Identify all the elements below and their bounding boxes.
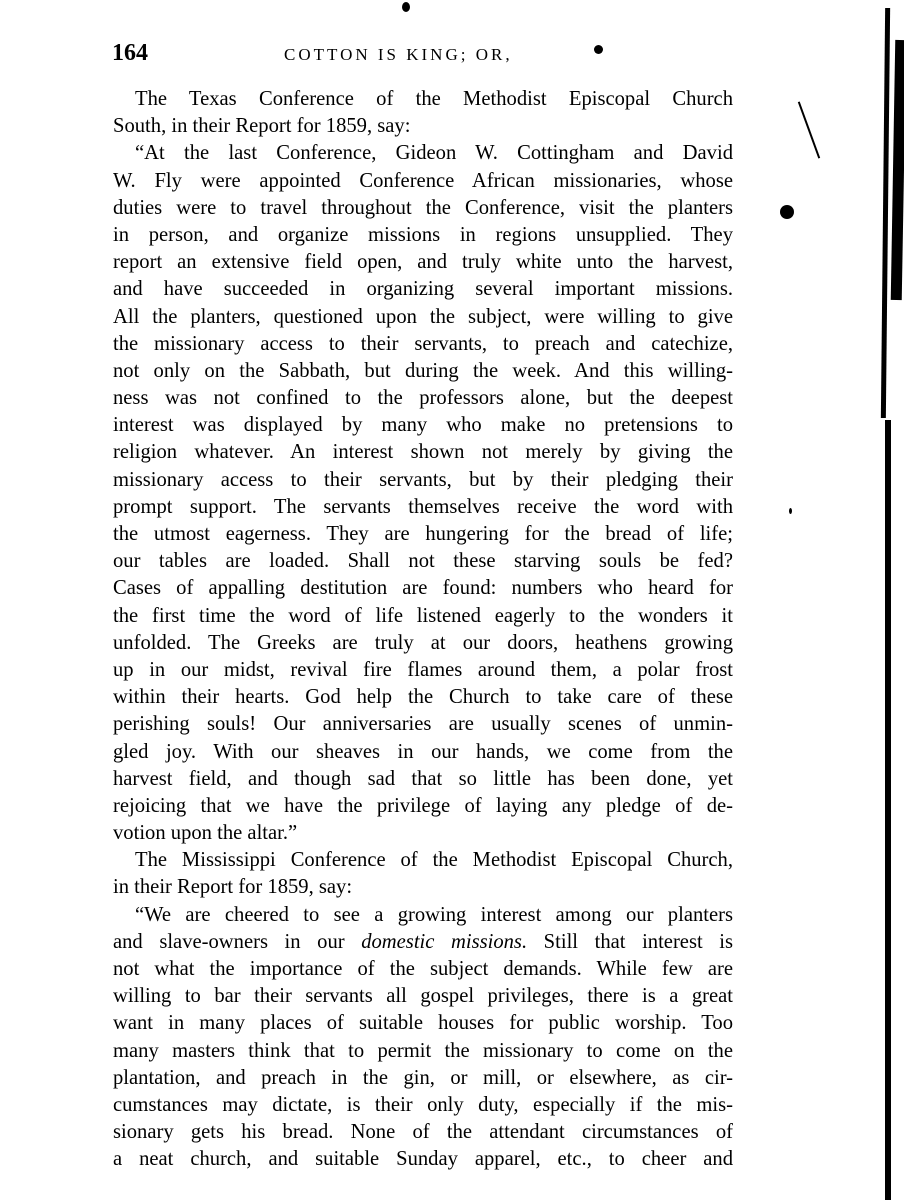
text-line: cumstances may dictate, is their only du… [113, 1092, 733, 1119]
text-line: duties were to travel throughout the Con… [113, 195, 733, 222]
text-line: unfolded. The Greeks are truly at our do… [113, 630, 733, 657]
text-line: plantation, and preach in the gin, or mi… [113, 1065, 733, 1092]
text-line: sionary gets his bread. None of the atte… [113, 1119, 733, 1146]
text-line: interest was displayed by many who make … [113, 412, 733, 439]
text-line: harvest field, and though sad that so li… [113, 766, 733, 793]
text-line: religion whatever. An interest shown not… [113, 439, 733, 466]
text-line: and have succeeded in organizing several… [113, 276, 733, 303]
text-line: the utmost eagerness. They are hungering… [113, 521, 733, 548]
running-title: COTTON IS KING; OR, [284, 45, 513, 65]
text-line: up in our midst, revival fire flames aro… [113, 657, 733, 684]
text-line: and slave-owners in our domestic mission… [113, 929, 733, 956]
ink-blot [780, 205, 794, 219]
text-line: report an extensive field open, and trul… [113, 249, 733, 276]
text-line: Cases of appalling destitution are found… [113, 575, 733, 602]
scan-edge-artifact [885, 420, 891, 1200]
text-line: our tables are loaded. Shall not these s… [113, 548, 733, 575]
text-line: rejoicing that we have the privilege of … [113, 793, 733, 820]
ink-blot [789, 508, 792, 514]
scan-edge-artifact [881, 8, 890, 418]
ink-blot [594, 45, 603, 54]
text-line: missionary access to their servants, but… [113, 467, 733, 494]
scan-edge-artifact [798, 101, 820, 158]
text-line: the missionary access to their servants,… [113, 331, 733, 358]
text-line: perishing souls! Our anniversaries are u… [113, 711, 733, 738]
text-line: South, in their Report for 1859, say: [113, 113, 733, 140]
text-line: The Texas Conference of the Methodist Ep… [113, 86, 733, 113]
text-line: within their hearts. God help the Church… [113, 684, 733, 711]
text-line: in person, and organize missions in regi… [113, 222, 733, 249]
text-line: prompt support. The servants themselves … [113, 494, 733, 521]
page-header: 164 COTTON IS KING; OR, [112, 40, 672, 70]
scan-edge-artifact [891, 40, 904, 300]
page-number: 164 [112, 40, 148, 67]
text-line: The Mississippi Conference of the Method… [113, 847, 733, 874]
text-line: ness was not confined to the professors … [113, 385, 733, 412]
text-line: willing to bar their servants all gospel… [113, 983, 733, 1010]
text-line: votion upon the altar.” [113, 820, 733, 847]
text-line: All the planters, questioned upon the su… [113, 304, 733, 331]
body-text: The Texas Conference of the Methodist Ep… [113, 86, 733, 1174]
text-line: a neat church, and suitable Sunday appar… [113, 1146, 733, 1173]
text-line: many masters think that to permit the mi… [113, 1038, 733, 1065]
text-line: W. Fly were appointed Conference African… [113, 168, 733, 195]
text-line: not only on the Sabbath, but during the … [113, 358, 733, 385]
text-line: not what the importance of the subject d… [113, 956, 733, 983]
ink-blot [402, 2, 410, 12]
text-line: gled joy. With our sheaves in our hands,… [113, 739, 733, 766]
italic-emphasis: domestic missions. [361, 931, 527, 953]
text-line: “At the last Conference, Gideon W. Cotti… [113, 140, 733, 167]
text-line: want in many places of suitable houses f… [113, 1010, 733, 1037]
text-line: “We are cheered to see a growing interes… [113, 902, 733, 929]
text-line: the first time the word of life listened… [113, 603, 733, 630]
text-line: in their Report for 1859, say: [113, 874, 733, 901]
